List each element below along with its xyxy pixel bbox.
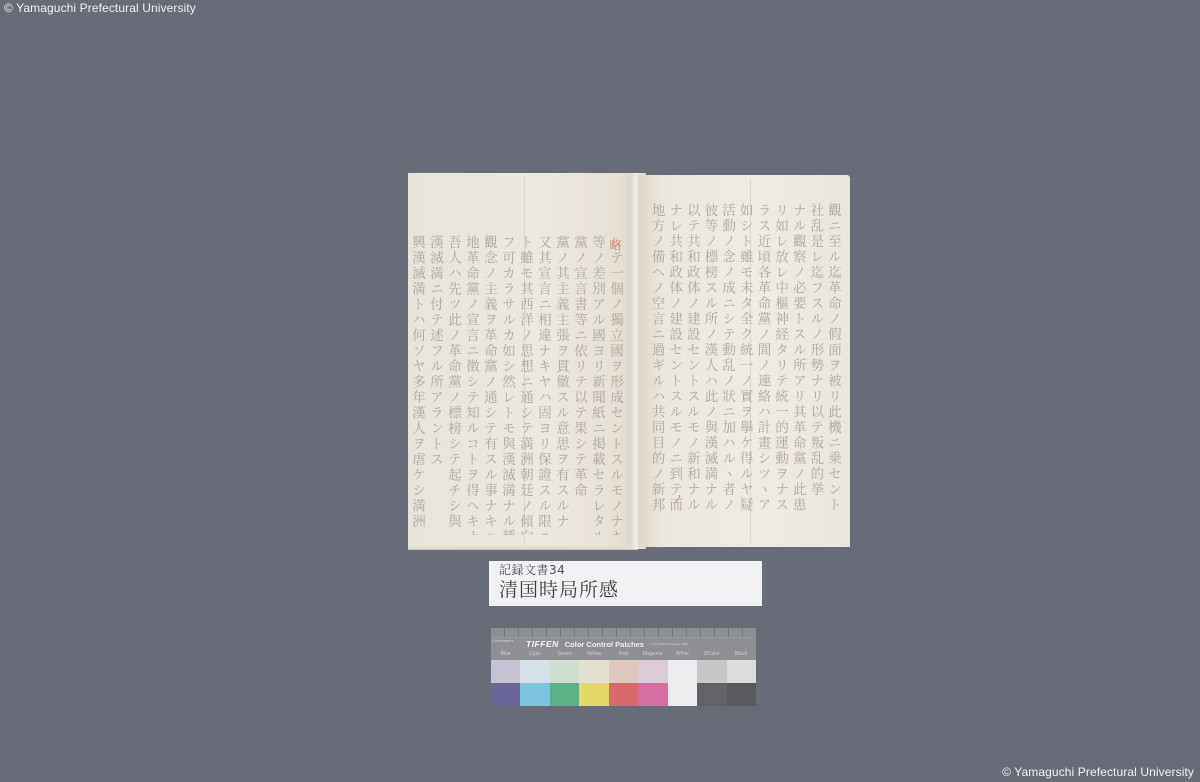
handwritten-column: 觀念ノ主義ヲ革命黨ノ通シテ有スル事ナキハ各 xyxy=(484,235,498,535)
handwritten-column: 地革命黨ノ宣言ニ徴シテ知ルコトヲ得ヘキナリ xyxy=(466,235,480,535)
handwritten-column: 以テ共和政体ノ建設セントスルモノ新和ナル組織 xyxy=(687,203,701,513)
handwritten-column: 地方ノ備ヘノ空言ニ過ギルハ共同目的ノ新邦 xyxy=(652,203,666,513)
color-patch-light xyxy=(520,660,549,683)
color-patch-light xyxy=(579,660,608,683)
patch-label: Blue xyxy=(491,651,520,659)
handwritten-column: ナレ共和政体ノ建設セントスルモノニ到テ而レテ各 xyxy=(670,203,684,513)
color-patch-light xyxy=(638,660,667,683)
document-right-page: 觀ニ至ル迄革命ノ假面ヲ被リ此機ニ乗セントシ 社乱是レ迄フスルノ形勢ナリ以テ叛乱的… xyxy=(638,175,850,547)
red-correction-mark: 略 xyxy=(607,239,624,251)
patch-label: Magenta xyxy=(638,651,667,659)
color-patch-light xyxy=(609,660,638,683)
patch-label: Red xyxy=(609,651,638,659)
document-code: 記録文書34 xyxy=(499,563,762,578)
document-label-card: 記録文書34 清国時局所感 xyxy=(489,561,762,606)
patch-label: Cyan xyxy=(520,651,549,659)
handwritten-column: 等ノ差別アル國ヨリ新聞紙ニ掲載セラレタル革命 xyxy=(592,235,606,535)
color-patch-dark xyxy=(579,683,608,706)
document-left-page: レテ一個ノ獨立國ヲ形成セントスルモノナキカ如シ此 等ノ差別アル國ヨリ新聞紙ニ掲載… xyxy=(408,173,638,549)
patch-column-blue xyxy=(491,660,520,706)
handwritten-column: 黨ノ其主義主張ヲ貫徹スル意思ヲ有スルナ xyxy=(556,235,570,535)
handwritten-column: ナル觀察ノ必要トスル所アリ其革命黨ノ此患ニ際 xyxy=(793,203,807,513)
handwritten-column: レテ一個ノ獨立國ヲ形成セントスルモノナキカ如シ此 xyxy=(610,235,624,535)
patch-label: Black xyxy=(727,651,756,659)
handwritten-column: 吾人ハ先ツ此ノ革命黨ノ標榜シテ起チシ與 xyxy=(448,235,462,535)
chart-copyright: © The Tiffen Company, 2007 xyxy=(650,642,688,646)
patch-label: 3/Color xyxy=(697,651,726,659)
color-patch-light xyxy=(550,660,579,683)
color-patch-light xyxy=(697,660,726,683)
handwritten-column: ト雖モ其西洋ノ思想ニ通シテ満洲朝廷ノ傾向アルハ疑 xyxy=(520,235,534,535)
chart-brand-row: TIFFEN Color Control Patches © The Tiffe… xyxy=(491,638,756,650)
color-patch-dark xyxy=(697,683,726,706)
color-patch-dark xyxy=(609,683,638,706)
color-patch-dark xyxy=(727,683,756,706)
chart-title: Color Control Patches xyxy=(565,640,644,649)
handwritten-column: 活動ノ念ノ成ニシテ動乱ノ狀ニ加ハルヽ者ノ xyxy=(723,203,737,513)
patch-column-yellow xyxy=(579,660,608,706)
color-patch-light xyxy=(668,660,697,683)
color-patch-dark xyxy=(520,683,549,706)
color-patch-dark xyxy=(638,683,667,706)
red-correction-mark: ノ xyxy=(669,493,686,505)
archival-document: レテ一個ノ獨立國ヲ形成セントスルモノナキカ如シ此 等ノ差別アル國ヨリ新聞紙ニ掲載… xyxy=(408,173,850,549)
color-patch-light xyxy=(727,660,756,683)
handwritten-column: 彼等ノ標榜スル所ノ漢人ハ此ノ與漢滅満ナル xyxy=(705,203,719,513)
handwritten-column: 如シト雖モ未タ全ク統一ノ實ヲ擧ケ得ルヤ疑ハシ xyxy=(740,203,754,513)
brand-logo: TIFFEN xyxy=(526,639,559,649)
left-page-text-columns: レテ一個ノ獨立國ヲ形成セントスルモノナキカ如シ此 等ノ差別アル國ヨリ新聞紙ニ掲載… xyxy=(412,235,624,535)
patch-label: Green xyxy=(550,651,579,659)
copyright-watermark-top: © Yamaguchi Prefectural University xyxy=(4,1,196,15)
patch-column-green xyxy=(550,660,579,706)
patch-labels: Blue Cyan Green Yellow Red Magenta White… xyxy=(491,651,756,659)
color-patch-light xyxy=(491,660,520,683)
patch-column-cyan xyxy=(520,660,549,706)
color-control-chart: Centimeters TIFFEN Color Control Patches… xyxy=(491,628,756,706)
handwritten-column: 又其宣言ニ相違ナキヤハ固ヨリ保證スル限ニ非ス xyxy=(538,235,552,535)
patch-column-magenta xyxy=(638,660,667,706)
handwritten-column: 觀ニ至ル迄革命ノ假面ヲ被リ此機ニ乗セントシ xyxy=(828,203,842,513)
color-patch-grid xyxy=(491,660,756,706)
document-title: 清国時局所感 xyxy=(499,578,762,602)
color-patch-dark xyxy=(550,683,579,706)
color-patch-dark xyxy=(491,683,520,706)
patch-column-3-color xyxy=(697,660,726,706)
color-patch-dark xyxy=(668,683,697,706)
handwritten-column: フ可カラサルカ如シ然レトモ與漢滅満ナル種族的 xyxy=(502,235,516,535)
handwritten-column: 興漢滅満トハ何ソヤ多年漢人ヲ虐ケシ満洲 xyxy=(412,235,426,535)
patch-label: White xyxy=(668,651,697,659)
handwritten-column: ラス近頃各革命黨ノ間ノ連絡ハ計畫シツヽアル xyxy=(758,203,772,513)
handwritten-column: 社乱是レ迄フスルノ形勢ナリ以テ叛乱的挙 xyxy=(811,203,825,513)
copyright-watermark-bottom: © Yamaguchi Prefectural University xyxy=(1002,765,1194,779)
handwritten-column: リ如レ放レ中樞神経タリテ統一的運動ヲナスタ xyxy=(775,203,789,513)
handwritten-column: 漢滅満ニ付テ述フル所アラントス xyxy=(430,235,444,535)
handwritten-column: 黨ノ宣言書等ニ依リテ以テ果シテ革命 xyxy=(574,235,588,535)
patch-label: Yellow xyxy=(579,651,608,659)
patch-column-white xyxy=(668,660,697,706)
patch-column-black xyxy=(727,660,756,706)
patch-column-red xyxy=(609,660,638,706)
right-page-text-columns: 觀ニ至ル迄革命ノ假面ヲ被リ此機ニ乗セントシ 社乱是レ迄フスルノ形勢ナリ以テ叛乱的… xyxy=(652,203,842,513)
centimeter-ruler xyxy=(491,628,756,638)
